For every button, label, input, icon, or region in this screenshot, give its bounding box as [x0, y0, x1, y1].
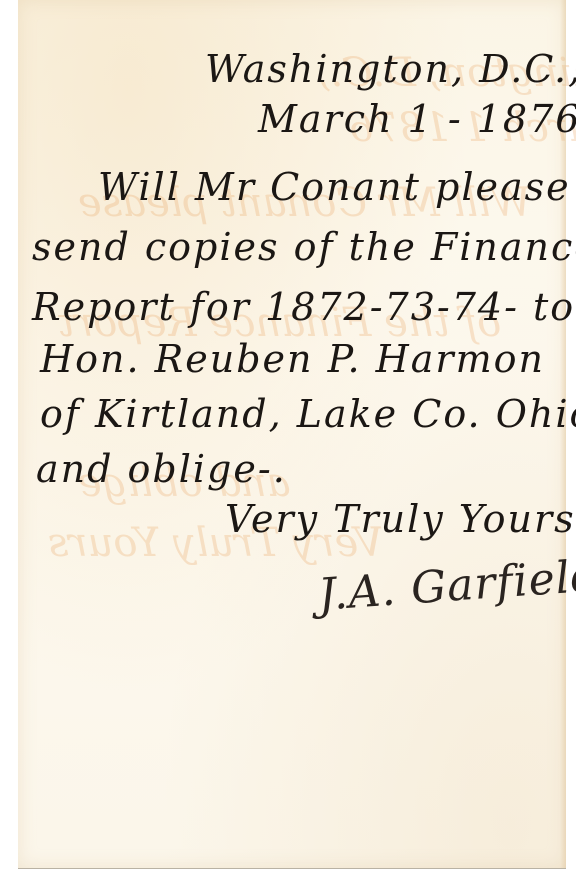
body-line-1: Will Mr Conant please [98, 168, 571, 206]
closing-line: Very Truly Yours [225, 500, 576, 538]
body-line-4: Hon. Reuben P. Harmon [40, 340, 545, 378]
place-line: Washington, D.C., [205, 50, 576, 88]
body-line-3: Report for 1872-73-74- to [32, 288, 575, 326]
body-line-6: and oblige-. [36, 450, 287, 488]
body-line-2: send copies of the Finance [32, 228, 576, 266]
body-line-5: of Kirtland, Lake Co. Ohio [40, 395, 576, 433]
date-line: March 1 - 1876. [258, 100, 576, 138]
